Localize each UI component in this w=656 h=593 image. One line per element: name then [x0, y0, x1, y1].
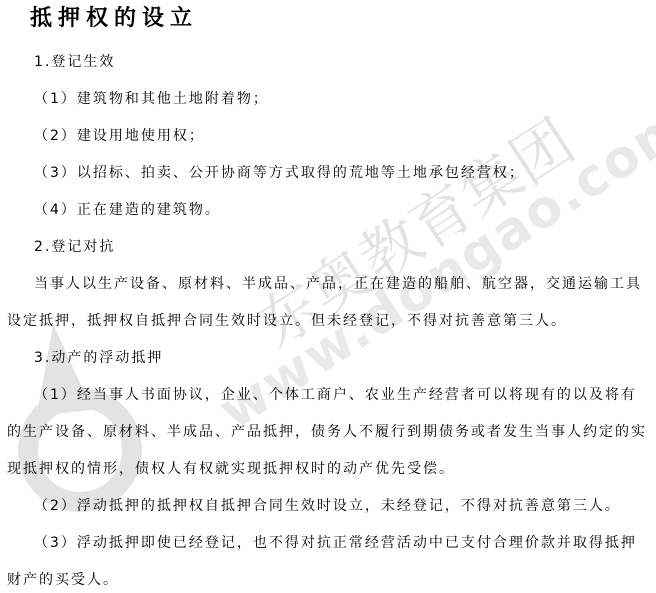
text-line: 的生产设备、原材料、半成品、产品抵押，债务人不履行到期债务或者发生当事人约定的实 [7, 414, 654, 451]
text-line: 现抵押权的情形，债权人有权就实现抵押权时的动产优先受偿。 [7, 451, 654, 488]
document-page: 东奥教育集团 www.dongao.com 抵押权的设立 1.登记生效（1）建筑… [0, 0, 656, 593]
page-title: 抵押权的设立 [30, 1, 198, 32]
document-body: 1.登记生效（1）建筑物和其他土地附着物；（2）建设用地使用权；（3）以招标、拍… [7, 44, 654, 593]
text-line: （2）浮动抵押的抵押权自抵押合同生效时设立，未经登记，不得对抗善意第三人。 [7, 488, 654, 525]
text-line: 当事人以生产设备、原材料、半成品、产品，正在建造的船舶、航空器，交通运输工具 [7, 266, 654, 303]
text-line: （3）以招标、拍卖、公开协商等方式取得的荒地等土地承包经营权； [7, 155, 654, 192]
text-line: 1.登记生效 [7, 44, 654, 81]
text-line: （1）经当事人书面协议，企业、个体工商户、农业生产经营者可以将现有的以及将有 [7, 377, 654, 414]
text-line: （2）建设用地使用权； [7, 118, 654, 155]
text-line: （3）浮动抵押即使已经登记，也不得对抗正常经营活动中已支付合理价款并取得抵押 [7, 525, 654, 562]
text-line: 财产的买受人。 [7, 562, 654, 593]
text-line: （4）正在建造的建筑物。 [7, 192, 654, 229]
text-line: 3.动产的浮动抵押 [7, 340, 654, 377]
text-line: 设定抵押，抵押权自抵押合同生效时设立。但未经登记，不得对抗善意第三人。 [7, 303, 654, 340]
text-line: （1）建筑物和其他土地附着物； [7, 81, 654, 118]
text-line: 2.登记对抗 [7, 229, 654, 266]
